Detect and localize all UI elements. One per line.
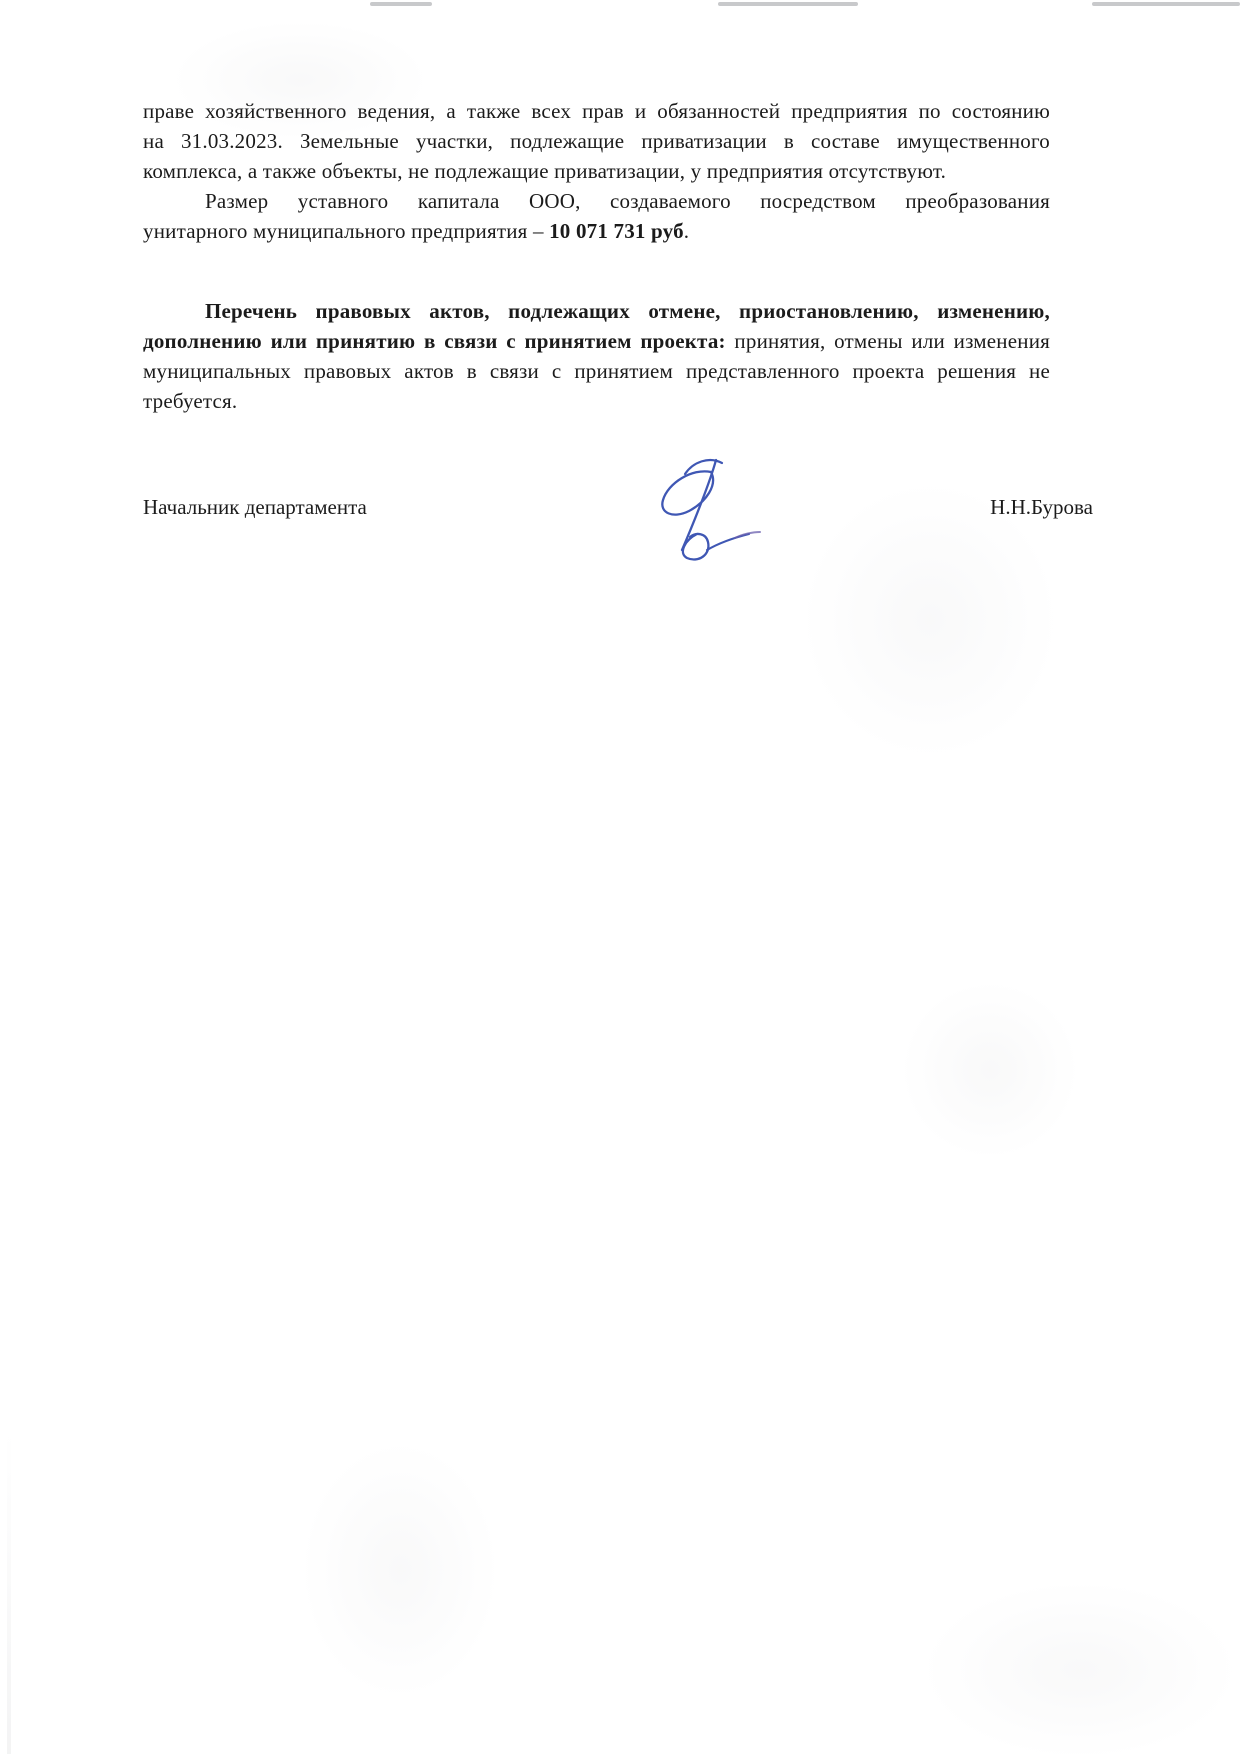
scan-edge-line [7, 1430, 11, 1754]
scan-artifact [800, 480, 1060, 760]
paragraph-legal-acts: Перечень правовых актов, подлежащих отме… [143, 296, 1050, 416]
scan-artifact [300, 1440, 500, 1700]
text-line: праве хозяйственного ведения, а также вс… [143, 96, 1050, 126]
scanned-document-page: праве хозяйственного ведения, а также вс… [0, 0, 1240, 1754]
text-line: Перечень правовых актов, подлежащих отме… [143, 296, 1050, 326]
signature-block: Начальник департамента Н.Н.Бурова [143, 492, 1093, 522]
text-line: на 31.03.2023. Земельные участки, подлеж… [143, 126, 1050, 156]
text-line: муниципальных правовых актов в связи с п… [143, 356, 1050, 386]
capital-line-lead: унитарного муниципального предприятия – [143, 219, 549, 243]
text-line: комплекса, а также объекты, не подлежащи… [143, 156, 1050, 186]
legal-acts-bold-lead: дополнению или принятию в связи с принят… [143, 329, 726, 353]
text-line: унитарного муниципального предприятия – … [143, 216, 1050, 246]
scan-artifact [920, 1580, 1240, 1754]
handwritten-signature [645, 438, 765, 566]
signatory-title: Начальник департамента [143, 492, 367, 522]
document-body: праве хозяйственного ведения, а также вс… [143, 0, 1050, 416]
scan-artifact [900, 980, 1080, 1160]
text-line: дополнению или принятию в связи с принят… [143, 326, 1050, 356]
capital-line-tail: . [684, 219, 689, 243]
legal-acts-normal: принятия, отмены или изменения [726, 329, 1050, 353]
signatory-name: Н.Н.Бурова [990, 492, 1093, 522]
paragraph-charter-capital: Размер уставного капитала ООО, создаваем… [143, 186, 1050, 246]
scan-artifact [1092, 2, 1240, 6]
capital-amount: 10 071 731 руб [549, 219, 684, 243]
text-line: Размер уставного капитала ООО, создаваем… [143, 186, 1050, 216]
paragraph-property-rights: праве хозяйственного ведения, а также вс… [143, 96, 1050, 186]
text-line: требуется. [143, 386, 1050, 416]
